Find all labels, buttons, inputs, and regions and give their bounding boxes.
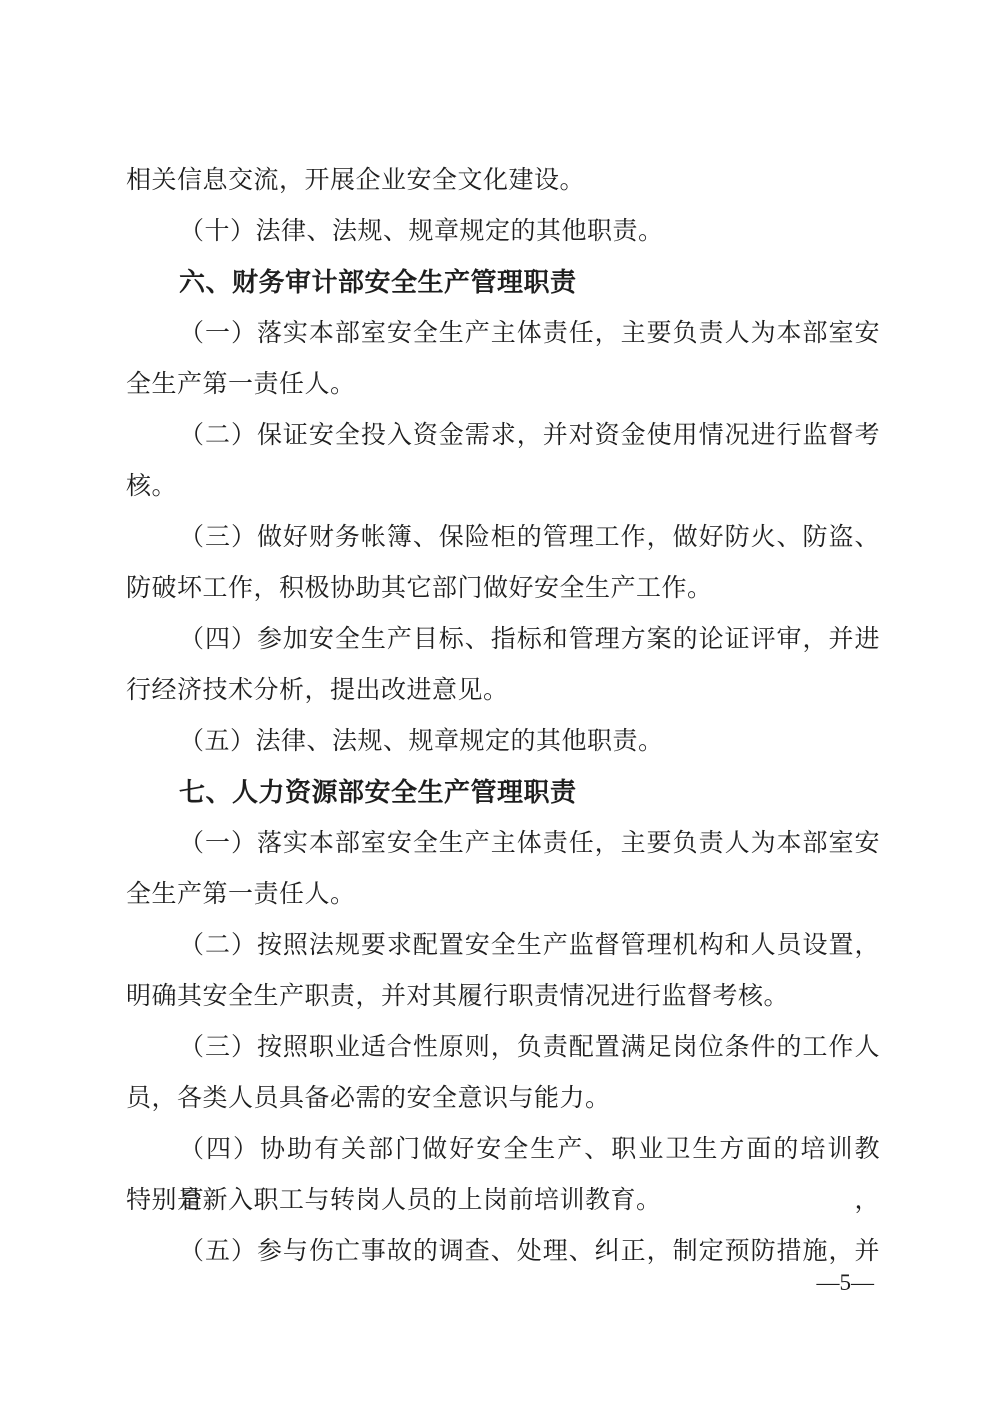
body-line: 明确其安全生产职责，并对其履行职责情况进行监督考核。 xyxy=(126,971,880,1022)
body-line: （三）做好财务帐簿、保险柜的管理工作，做好防火、防盗、 xyxy=(126,512,880,563)
body-line: 行经济技术分析，提出改进意见。 xyxy=(126,665,880,716)
page-number: —5— xyxy=(817,1268,875,1298)
body-line: 全生产第一责任人。 xyxy=(126,869,880,920)
body-line: 相关信息交流，开展企业安全文化建设。 xyxy=(126,155,880,206)
body-line: （十）法律、法规、规章规定的其他职责。 xyxy=(126,206,880,257)
body-line: （一）落实本部室安全生产主体责任，主要负责人为本部室安 xyxy=(126,818,880,869)
body-line: 全生产第一责任人。 xyxy=(126,359,880,410)
heading-section-6: 六、财务审计部安全生产管理职责 xyxy=(126,257,880,308)
document-page: 相关信息交流，开展企业安全文化建设。 （十）法律、法规、规章规定的其他职责。 六… xyxy=(0,0,1000,1413)
body-line: （一）落实本部室安全生产主体责任，主要负责人为本部室安 xyxy=(126,308,880,359)
body-line: （三）按照职业适合性原则，负责配置满足岗位条件的工作人 xyxy=(126,1022,880,1073)
body-line: 核。 xyxy=(126,461,880,512)
body-line: （四）协助有关部门做好安全生产、职业卫生方面的培训教育， xyxy=(126,1124,880,1175)
body-line: （二）按照法规要求配置安全生产监督管理机构和人员设置， xyxy=(126,920,880,971)
body-line: 防破坏工作，积极协助其它部门做好安全生产工作。 xyxy=(126,563,880,614)
body-line: （五）参与伤亡事故的调查、处理、纠正，制定预防措施，并 xyxy=(126,1226,880,1277)
body-line: （五）法律、法规、规章规定的其他职责。 xyxy=(126,716,880,767)
body-line: （四）参加安全生产目标、指标和管理方案的论证评审，并进 xyxy=(126,614,880,665)
document-body: 相关信息交流，开展企业安全文化建设。 （十）法律、法规、规章规定的其他职责。 六… xyxy=(126,155,880,1277)
body-line: 员，各类人员具备必需的安全意识与能力。 xyxy=(126,1073,880,1124)
body-line: （二）保证安全投入资金需求，并对资金使用情况进行监督考 xyxy=(126,410,880,461)
heading-section-7: 七、人力资源部安全生产管理职责 xyxy=(126,767,880,818)
